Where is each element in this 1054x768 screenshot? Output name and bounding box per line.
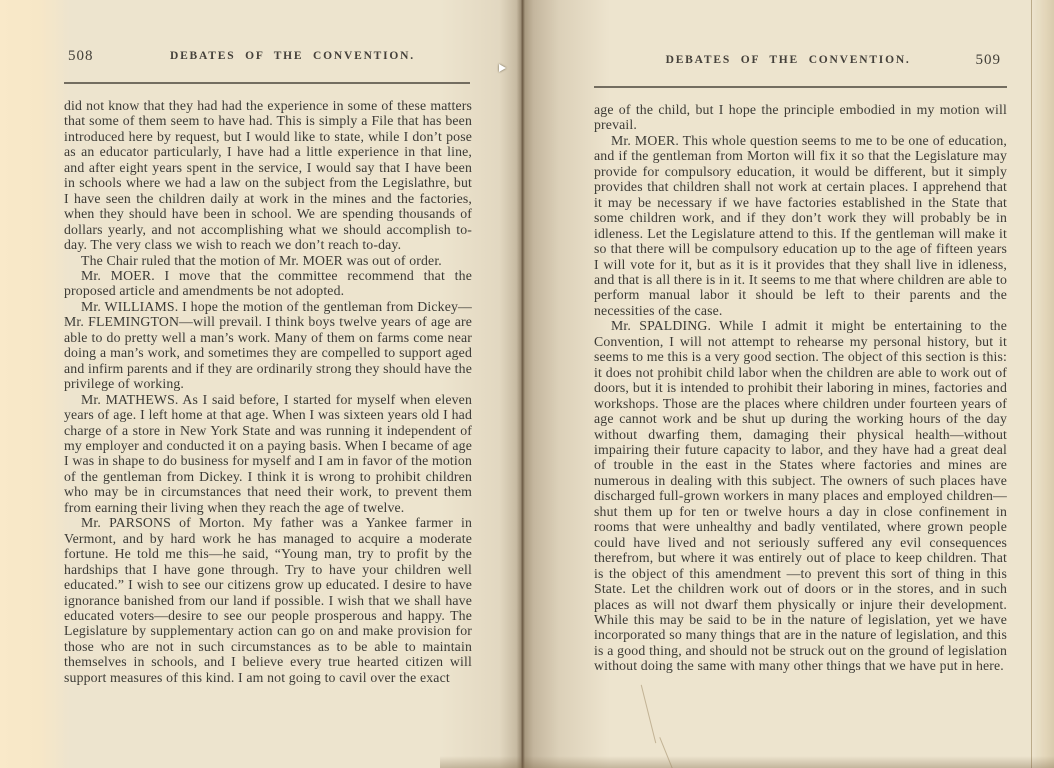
paragraph: Mr. PARSONS of Morton. My father was a Y… xyxy=(64,515,472,685)
header-rule xyxy=(594,86,1007,88)
paragraph: Mr. SPALDING. While I admit it might be … xyxy=(594,318,1007,673)
paragraph: did not know that they had had the exper… xyxy=(64,98,472,253)
page-number: 509 xyxy=(976,52,1002,69)
scan-left-edge xyxy=(0,0,70,768)
right-page-header: DEBATES OF THE CONVENTION. 509 xyxy=(594,52,1007,86)
running-title: DEBATES OF THE CONVENTION. xyxy=(170,50,415,62)
paragraph: Mr. WILLIAMS. I hope the motion of the g… xyxy=(64,299,472,392)
page-crease xyxy=(641,685,656,743)
paragraph: Mr. MOER. I move that the committee reco… xyxy=(64,268,472,299)
page-edge-bottom-shadow xyxy=(440,756,1054,768)
page-number: 508 xyxy=(68,48,94,65)
right-page: DEBATES OF THE CONVENTION. 509 age of th… xyxy=(594,0,1007,674)
paragraph: The Chair ruled that the motion of Mr. M… xyxy=(64,253,472,268)
right-page-text: age of the child, but I hope the princip… xyxy=(594,102,1007,674)
left-page-text: did not know that they had had the exper… xyxy=(64,98,472,685)
header-rule xyxy=(64,82,470,84)
book-scan: 508 DEBATES OF THE CONVENTION. did not k… xyxy=(0,0,1054,768)
left-page: 508 DEBATES OF THE CONVENTION. did not k… xyxy=(64,0,472,685)
paragraph: Mr. MOER. This whole question seems to m… xyxy=(594,133,1007,318)
left-page-header: 508 DEBATES OF THE CONVENTION. xyxy=(64,48,472,82)
running-title: DEBATES OF THE CONVENTION. xyxy=(666,54,911,66)
mouse-cursor-icon xyxy=(499,64,506,72)
page-edge-right xyxy=(1031,0,1054,768)
paragraph: Mr. MATHEWS. As I said before, I started… xyxy=(64,392,472,516)
paragraph: age of the child, but I hope the princip… xyxy=(594,102,1007,133)
